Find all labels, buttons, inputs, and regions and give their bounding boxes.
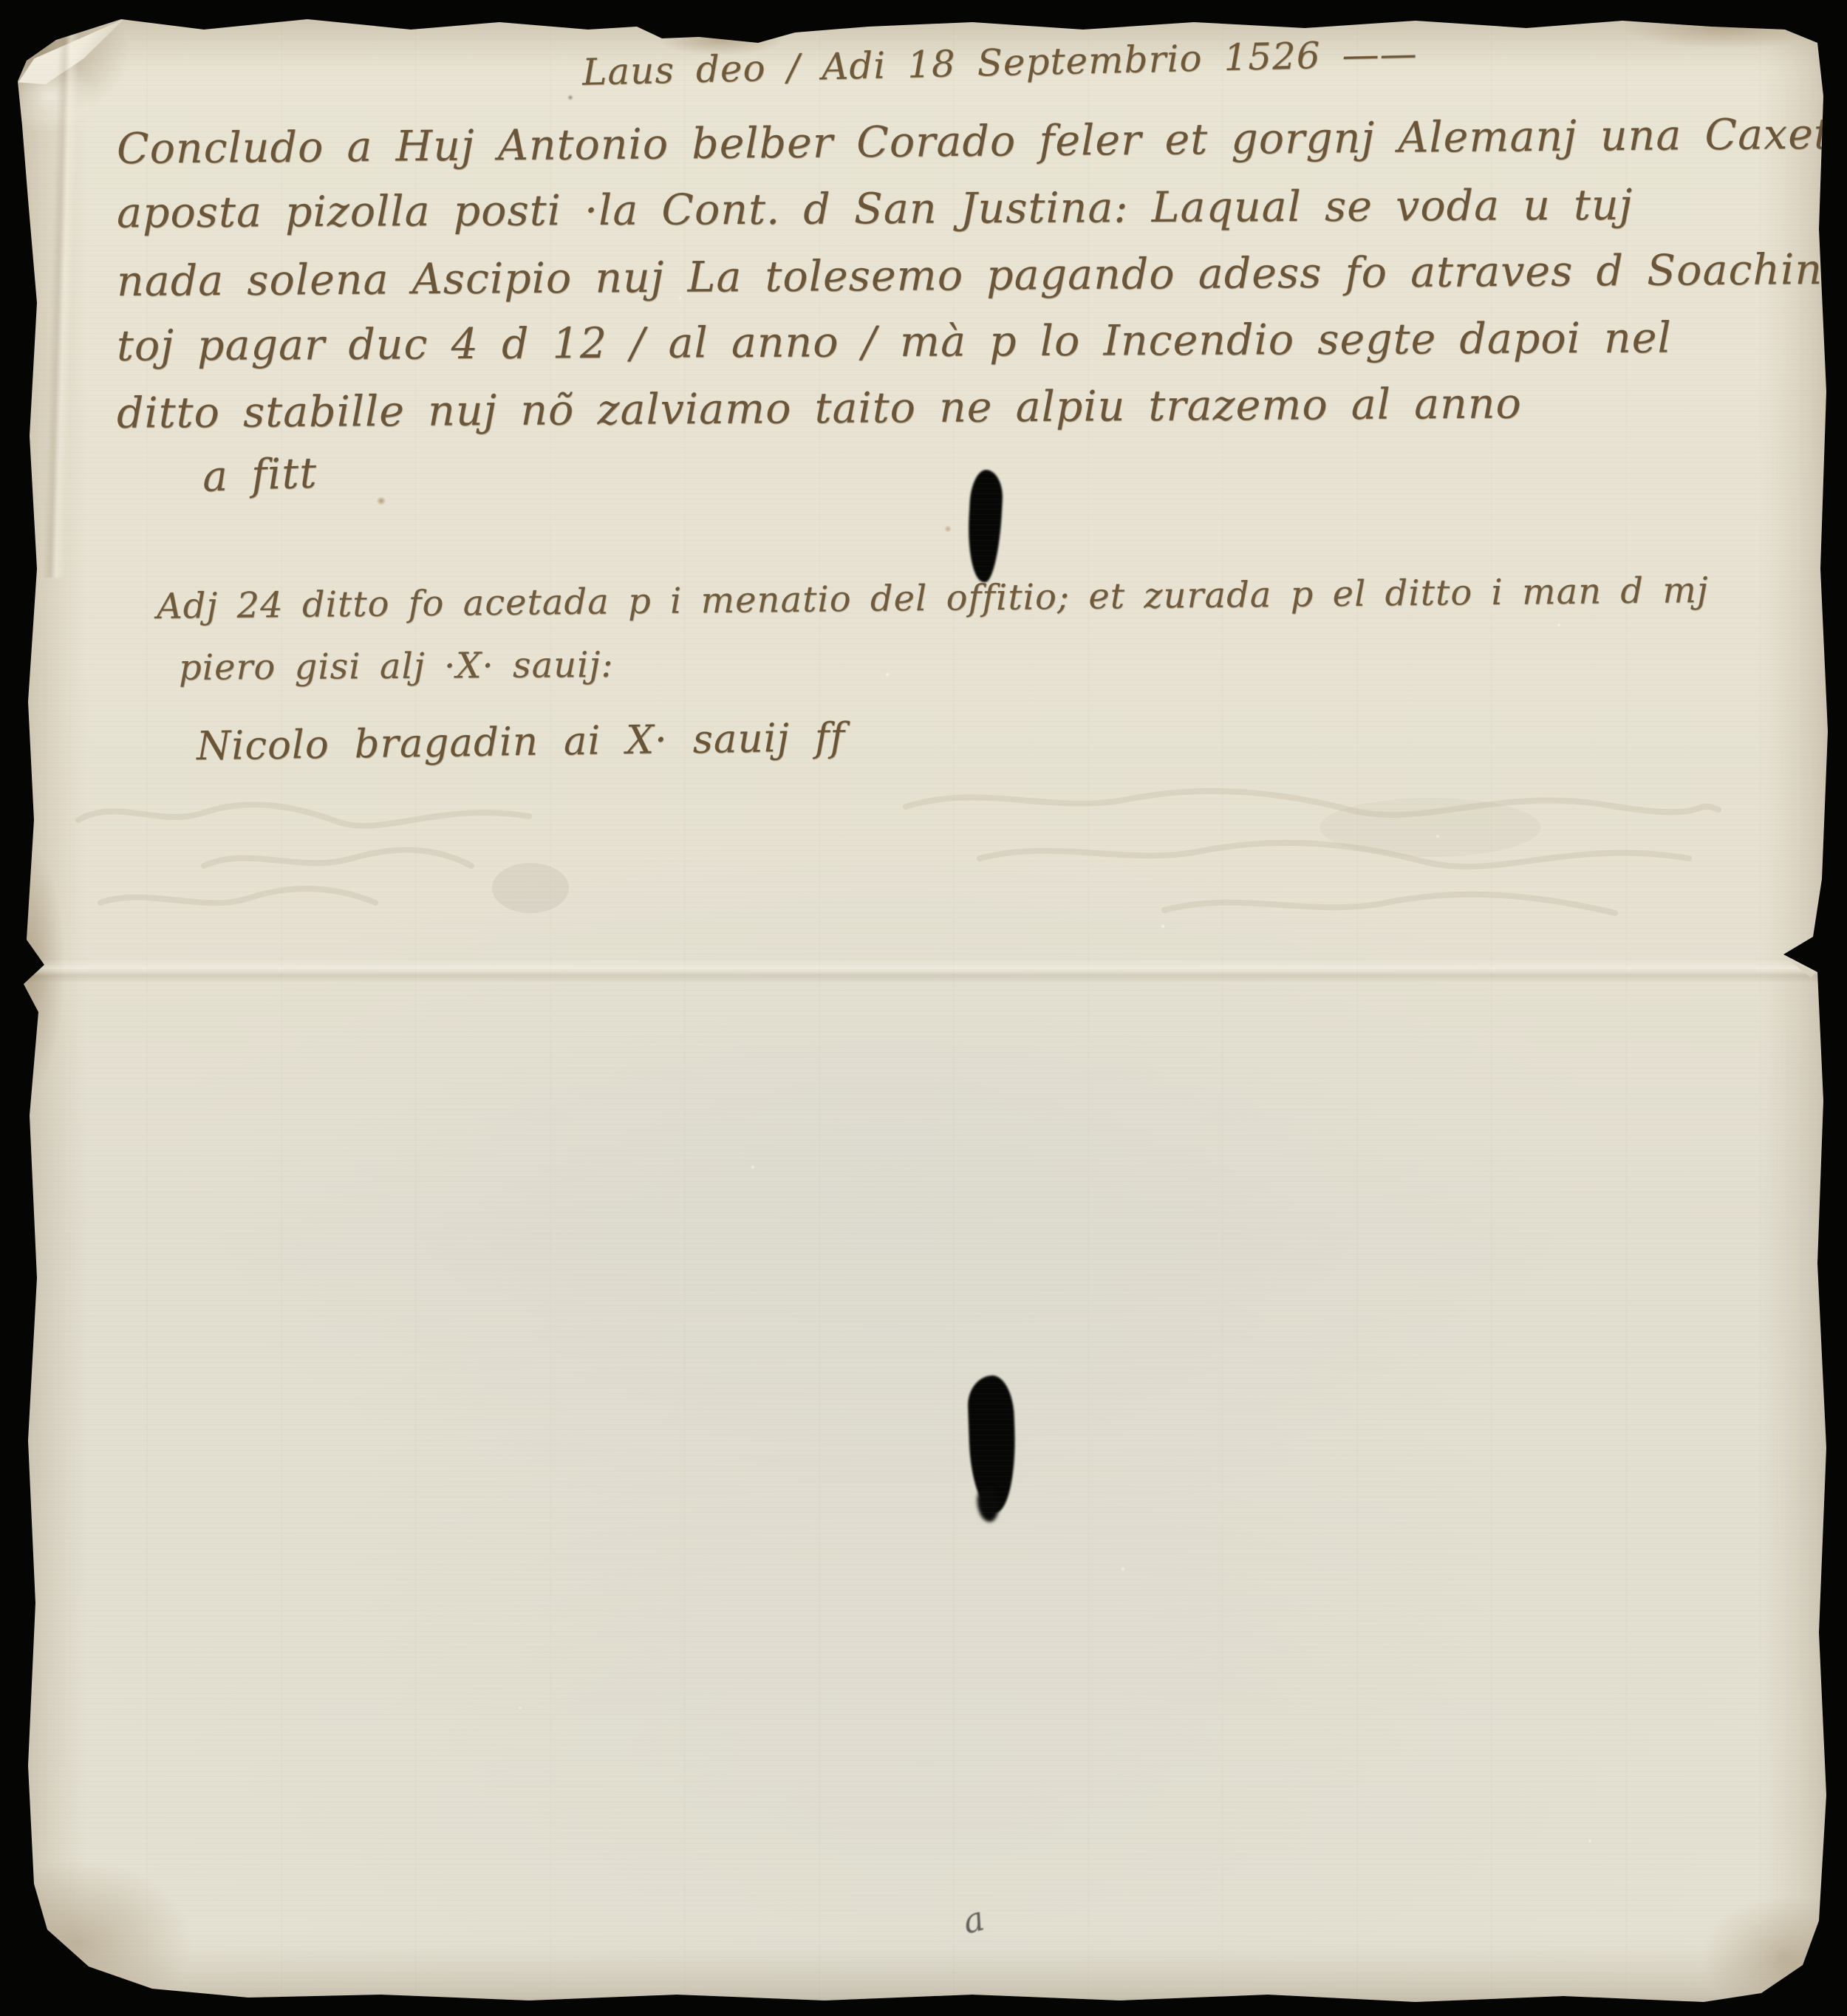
- horizontal-fold-crease: [12, 959, 1835, 983]
- bleedthrough-ink: [56, 776, 1785, 960]
- dateline-text: Laus deo / Adi 18 Septembrio 1526 ——: [581, 32, 1418, 94]
- paper-hole-bottom: [967, 1375, 1017, 1514]
- body-line-4: toj pagar duc 4 d 12 / al anno / mà p lo…: [117, 313, 1672, 370]
- note-line-1: Adj 24 ditto fo acetada p i menatio del …: [157, 570, 1709, 627]
- body-line-3: nada solena Ascipio nuj La tolesemo paga…: [117, 245, 1823, 306]
- vertical-crease: [43, 24, 81, 578]
- manuscript-paper-sheet: Laus deo / Adi 18 Septembrio 1526 —— Con…: [12, 7, 1835, 2008]
- body-line-1: Concludo a Huj Antonio belber Corado fel…: [117, 109, 1847, 174]
- pencil-mark: a: [959, 1898, 989, 1941]
- body-line-2: aposta pizolla posti ·la Cont. d San Jus…: [117, 181, 1633, 238]
- paper-hole-top: [966, 469, 1004, 583]
- body-line-6: a fitt: [202, 448, 318, 501]
- body-line-5: ditto stabille nuj nõ zalviamo taito ne …: [117, 379, 1522, 437]
- signature-line: Nicolo bragadin ai X· sauij ff: [197, 715, 846, 769]
- note-line-2: piero gisi alj ·X· sauij:: [179, 644, 614, 688]
